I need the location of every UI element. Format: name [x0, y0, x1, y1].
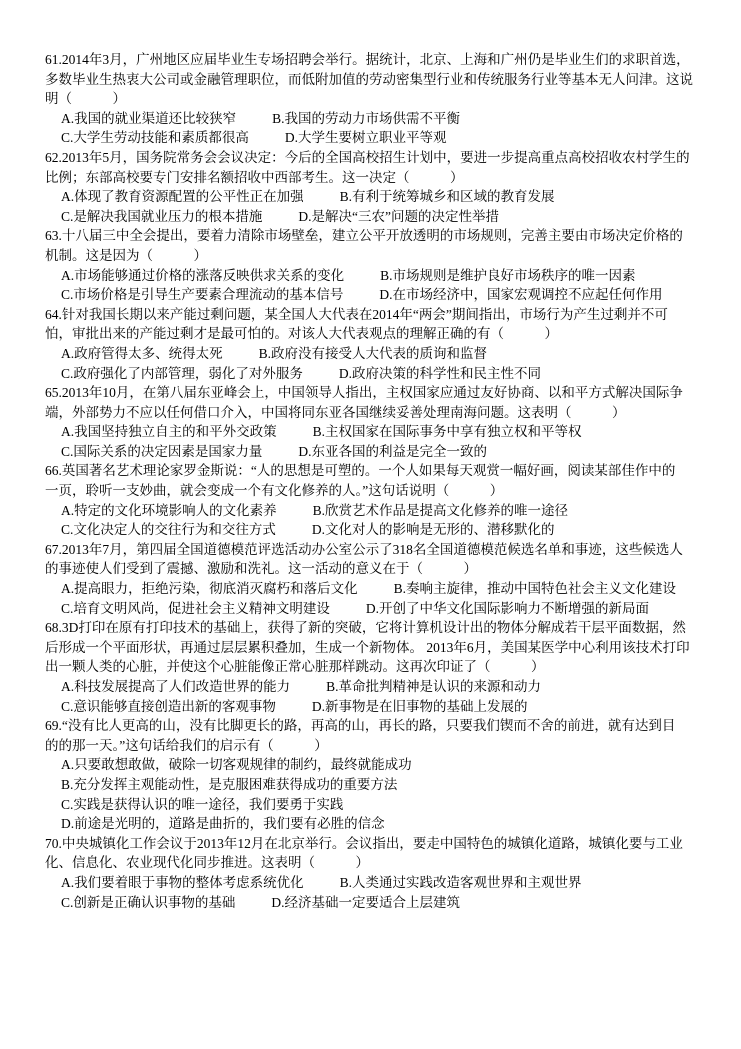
question-options: A.我们要着眼于事物的整体考虑系统优化B.人类通过实践改造客观世界和主观世界C.… [45, 873, 717, 912]
question-61-option-D: D.大学生要树立职业平等观 [285, 128, 447, 148]
question-67-option-D: D.开创了中华文化国际影响力不断增强的新局面 [366, 599, 649, 619]
exam-document-page: 61.2014年3月，广州地区应届毕业生专场招聘会举行。据统计，北京、上海和广州… [0, 0, 741, 1049]
question-66-stem-line: 一页，聆听一支妙曲，就会变成一个有文化修养的人。”这句话说明（ ） [45, 481, 717, 501]
question-63-option-B: B.市场规则是维护良好市场秩序的唯一因素 [380, 266, 635, 286]
question-68-stem-line: 出一颗人类的心脏，并使这个心脏能像正常心脏那样跳动。这再次印证了（ ） [45, 657, 717, 677]
option-row: A.市场能够通过价格的涨落反映供求关系的变化B.市场规则是维护良好市场秩序的唯一… [61, 266, 717, 286]
question-stem: 70.中央城镇化工作会议于2013年12月在北京举行。会议指出，要走中国特色的城… [45, 834, 717, 873]
question-61-stem-line: 多数毕业生热衷大公司或金融管理职位，而低附加值的劳动密集型行业和传统服务行业等基… [45, 70, 717, 90]
question-68: 68.3D打印在原有打印技术的基础上，获得了新的突破，它将计算机设计出的物体分解… [45, 618, 717, 716]
question-66-stem-line: 66.英国著名艺术理论家罗金斯说：“人的思想是可塑的。一个人如果每天观赏一幅好画… [45, 461, 717, 481]
question-stem: 65.2013年10月，在第八届东亚峰会上，中国领导人指出，主权国家应通过友好协… [45, 383, 717, 422]
option-row: C.国际关系的决定因素是国家力量D.东亚各国的利益是完全一致的 [61, 442, 717, 462]
question-61-stem-line: 61.2014年3月，广州地区应届毕业生专场招聘会举行。据统计，北京、上海和广州… [45, 50, 717, 70]
question-65-option-D: D.东亚各国的利益是完全一致的 [298, 442, 487, 462]
question-68-option-D: D.新事物是在旧事物的基础上发展的 [312, 697, 528, 717]
question-64-option-C: C.政府强化了内部管理，弱化了对外服务 [61, 364, 303, 384]
question-stem: 66.英国著名艺术理论家罗金斯说：“人的思想是可塑的。一个人如果每天观赏一幅好画… [45, 461, 717, 500]
question-62-stem-line: 62.2013年5月，国务院常务会会议决定：今后的全国高校招生计划中，要进一步提… [45, 148, 717, 168]
question-68-option-C: C.意识能够直接创造出新的客观事物 [61, 697, 276, 717]
option-row: A.科技发展提高了人们改造世界的能力B.革命批判精神是认识的来源和动力 [61, 677, 717, 697]
option-row: C.实践是获得认识的唯一途径，我们要勇于实践 [61, 795, 717, 815]
question-61-stem-line: 明（ ） [45, 89, 717, 109]
question-options: A.只要敢想敢做，破除一切客观规律的制约，最终就能成功B.充分发挥主观能动性，是… [45, 755, 717, 833]
question-options: A.科技发展提高了人们改造世界的能力B.革命批判精神是认识的来源和动力C.意识能… [45, 677, 717, 716]
question-62-option-D: D.是解决“三农”问题的决定性举措 [298, 207, 499, 227]
question-stem: 63.十八届三中全会提出，要着力清除市场壁垒，建立公平开放透明的市场规则，完善主… [45, 226, 717, 265]
question-66-option-D: D.文化对人的影响是无形的、潜移默化的 [312, 520, 555, 540]
option-row: C.意识能够直接创造出新的客观事物D.新事物是在旧事物的基础上发展的 [61, 697, 717, 717]
option-row: A.提高眼力，拒绝污染，彻底消灭腐朽和落后文化B.奏响主旋律，推动中国特色社会主… [61, 579, 717, 599]
option-row: A.只要敢想敢做，破除一切客观规律的制约，最终就能成功 [61, 755, 717, 775]
question-stem: 61.2014年3月，广州地区应届毕业生专场招聘会举行。据统计，北京、上海和广州… [45, 50, 717, 109]
question-67-option-C: C.培育文明风尚，促进社会主义精神文明建设 [61, 599, 330, 619]
question-66: 66.英国著名艺术理论家罗金斯说：“人的思想是可塑的。一个人如果每天观赏一幅好画… [45, 461, 717, 539]
question-61-option-B: B.我国的劳动力市场供需不平衡 [272, 109, 460, 129]
question-69-option-C: C.实践是获得认识的唯一途径，我们要勇于实践 [61, 795, 343, 815]
question-64-stem-line: 64.针对我国长期以来产能过剩问题，某全国人大代表在2014年“两会”期间指出，… [45, 305, 717, 325]
question-67-stem-line: 67.2013年7月，第四届全国道德模范评选活动办公室公示了318名全国道德模范… [45, 540, 717, 560]
questions-list: 61.2014年3月，广州地区应届毕业生专场招聘会举行。据统计，北京、上海和广州… [45, 50, 717, 912]
question-63-option-C: C.市场价格是引导生产要素合理流动的基本信号 [61, 285, 343, 305]
question-69: 69.“没有比人更高的山，没有比脚更长的路，再高的山，再长的路，只要我们锲而不舍… [45, 716, 717, 834]
question-64: 64.针对我国长期以来产能过剩问题，某全国人大代表在2014年“两会”期间指出，… [45, 305, 717, 383]
question-stem: 68.3D打印在原有打印技术的基础上，获得了新的突破，它将计算机设计出的物体分解… [45, 618, 717, 677]
question-67-stem-line: 的事迹使人们受到了震撼、激励和洗礼。这一活动的意义在于（ ） [45, 559, 717, 579]
question-68-option-A: A.科技发展提高了人们改造世界的能力 [61, 677, 290, 697]
question-69-stem-line: 69.“没有比人更高的山，没有比脚更长的路，再高的山，再长的路，只要我们锲而不舍… [45, 716, 717, 736]
question-69-stem-line: 的的那一天。”这句话给我们的启示有（ ） [45, 736, 717, 756]
option-row: A.特定的文化环境影响人的文化素养B.欣赏艺术作品是提高文化修养的唯一途径 [61, 501, 717, 521]
question-62-option-B: B.有利于统筹城乡和区域的教育发展 [340, 187, 555, 207]
question-options: A.提高眼力，拒绝污染，彻底消灭腐朽和落后文化B.奏响主旋律，推动中国特色社会主… [45, 579, 717, 618]
question-64-option-A: A.政府管得太多、统得太死 [61, 344, 223, 364]
question-69-option-B: B.充分发挥主观能动性，是克服困难获得成功的重要方法 [61, 775, 397, 795]
question-66-option-C: C.文化决定人的交往行为和交往方式 [61, 520, 276, 540]
question-62-stem-line: 比例；东部高校要专门安排名额招收中西部考生。这一决定（ ） [45, 168, 717, 188]
question-stem: 64.针对我国长期以来产能过剩问题，某全国人大代表在2014年“两会”期间指出，… [45, 305, 717, 344]
option-row: C.是解决我国就业压力的根本措施D.是解决“三农”问题的决定性举措 [61, 207, 717, 227]
option-row: A.我国的就业渠道还比较狭窄B.我国的劳动力市场供需不平衡 [61, 109, 717, 129]
question-67-option-B: B.奏响主旋律，推动中国特色社会主义文化建设 [394, 579, 676, 599]
question-stem: 67.2013年7月，第四届全国道德模范评选活动办公室公示了318名全国道德模范… [45, 540, 717, 579]
question-69-option-A: A.只要敢想敢做，破除一切客观规律的制约，最终就能成功 [61, 755, 412, 775]
question-61-option-C: C.大学生劳动技能和素质都很高 [61, 128, 249, 148]
question-69-option-D: D.前途是光明的，道路是曲折的，我们要有必胜的信念 [61, 814, 385, 834]
question-options: A.体现了教育资源配置的公平性正在加强B.有利于统筹城乡和区域的教育发展C.是解… [45, 187, 717, 226]
question-63-option-A: A.市场能够通过价格的涨落反映供求关系的变化 [61, 266, 344, 286]
question-61-option-A: A.我国的就业渠道还比较狭窄 [61, 109, 236, 129]
question-64-option-D: D.政府决策的科学性和民主性不同 [339, 364, 541, 384]
question-stem: 69.“没有比人更高的山，没有比脚更长的路，再高的山，再长的路，只要我们锲而不舍… [45, 716, 717, 755]
question-70-option-D: D.经济基础一定要适合上层建筑 [271, 893, 460, 913]
question-70-option-C: C.创新是正确认识事物的基础 [61, 893, 235, 913]
option-row: A.我国坚持独立自主的和平外交政策B.主权国家在国际事务中享有独立权和平等权 [61, 422, 717, 442]
question-65-option-A: A.我国坚持独立自主的和平外交政策 [61, 422, 277, 442]
question-options: A.我国坚持独立自主的和平外交政策B.主权国家在国际事务中享有独立权和平等权C.… [45, 422, 717, 461]
question-70-stem-line: 化、信息化、农业现代化同步推进。这表明（ ） [45, 853, 717, 873]
question-63-stem-line: 机制。这是因为（ ） [45, 246, 717, 266]
option-row: D.前途是光明的，道路是曲折的，我们要有必胜的信念 [61, 814, 717, 834]
option-row: A.体现了教育资源配置的公平性正在加强B.有利于统筹城乡和区域的教育发展 [61, 187, 717, 207]
question-61: 61.2014年3月，广州地区应届毕业生专场招聘会举行。据统计，北京、上海和广州… [45, 50, 717, 148]
question-64-option-B: B.政府没有接受人大代表的质询和监督 [259, 344, 487, 364]
question-65-stem-line: 65.2013年10月，在第八届东亚峰会上，中国领导人指出，主权国家应通过友好协… [45, 383, 717, 403]
question-62-option-C: C.是解决我国就业压力的根本措施 [61, 207, 262, 227]
option-row: C.政府强化了内部管理，弱化了对外服务D.政府决策的科学性和民主性不同 [61, 364, 717, 384]
option-row: C.培育文明风尚，促进社会主义精神文明建设D.开创了中华文化国际影响力不断增强的… [61, 599, 717, 619]
question-66-option-B: B.欣赏艺术作品是提高文化修养的唯一途径 [313, 501, 568, 521]
question-options: A.市场能够通过价格的涨落反映供求关系的变化B.市场规则是维护良好市场秩序的唯一… [45, 266, 717, 305]
question-70-option-A: A.我们要着眼于事物的整体考虑系统优化 [61, 873, 304, 893]
question-63: 63.十八届三中全会提出，要着力清除市场壁垒，建立公平开放透明的市场规则，完善主… [45, 226, 717, 304]
question-63-stem-line: 63.十八届三中全会提出，要着力清除市场壁垒，建立公平开放透明的市场规则，完善主… [45, 226, 717, 246]
option-row: B.充分发挥主观能动性，是克服困难获得成功的重要方法 [61, 775, 717, 795]
question-65: 65.2013年10月，在第八届东亚峰会上，中国领导人指出，主权国家应通过友好协… [45, 383, 717, 461]
question-67-option-A: A.提高眼力，拒绝污染，彻底消灭腐朽和落后文化 [61, 579, 358, 599]
option-row: C.市场价格是引导生产要素合理流动的基本信号D.在市场经济中，国家宏观调控不应起… [61, 285, 717, 305]
question-67: 67.2013年7月，第四届全国道德模范评选活动办公室公示了318名全国道德模范… [45, 540, 717, 618]
question-70: 70.中央城镇化工作会议于2013年12月在北京举行。会议指出，要走中国特色的城… [45, 834, 717, 912]
option-row: A.我们要着眼于事物的整体考虑系统优化B.人类通过实践改造客观世界和主观世界 [61, 873, 717, 893]
option-row: C.创新是正确认识事物的基础D.经济基础一定要适合上层建筑 [61, 893, 717, 913]
question-62-option-A: A.体现了教育资源配置的公平性正在加强 [61, 187, 304, 207]
option-row: A.政府管得太多、统得太死B.政府没有接受人大代表的质询和监督 [61, 344, 717, 364]
option-row: C.文化决定人的交往行为和交往方式D.文化对人的影响是无形的、潜移默化的 [61, 520, 717, 540]
question-68-stem-line: 后形成一个平面形状，再通过层层累积叠加，生成一个新物体。 2013年6月，美国某… [45, 638, 717, 658]
question-64-stem-line: 怕，审批出来的产能过剩才是最可怕的。对该人大代表观点的理解正确的有（ ） [45, 324, 717, 344]
question-62: 62.2013年5月，国务院常务会会议决定：今后的全国高校招生计划中，要进一步提… [45, 148, 717, 226]
question-options: A.特定的文化环境影响人的文化素养B.欣赏艺术作品是提高文化修养的唯一途径C.文… [45, 501, 717, 540]
question-65-option-B: B.主权国家在国际事务中享有独立权和平等权 [313, 422, 582, 442]
question-70-option-B: B.人类通过实践改造客观世界和主观世界 [340, 873, 582, 893]
question-options: A.我国的就业渠道还比较狭窄B.我国的劳动力市场供需不平衡C.大学生劳动技能和素… [45, 109, 717, 148]
question-66-option-A: A.特定的文化环境影响人的文化素养 [61, 501, 277, 521]
question-70-stem-line: 70.中央城镇化工作会议于2013年12月在北京举行。会议指出，要走中国特色的城… [45, 834, 717, 854]
question-stem: 62.2013年5月，国务院常务会会议决定：今后的全国高校招生计划中，要进一步提… [45, 148, 717, 187]
question-68-stem-line: 68.3D打印在原有打印技术的基础上，获得了新的突破，它将计算机设计出的物体分解… [45, 618, 717, 638]
question-65-stem-line: 端，外部势力不应以任何借口介入，中国将同东亚各国继续妥善处理南海问题。这表明（ … [45, 403, 717, 423]
option-row: C.大学生劳动技能和素质都很高D.大学生要树立职业平等观 [61, 128, 717, 148]
question-options: A.政府管得太多、统得太死B.政府没有接受人大代表的质询和监督C.政府强化了内部… [45, 344, 717, 383]
question-63-option-D: D.在市场经济中，国家宏观调控不应起任何作用 [379, 285, 662, 305]
question-68-option-B: B.革命批判精神是认识的来源和动力 [326, 677, 541, 697]
question-65-option-C: C.国际关系的决定因素是国家力量 [61, 442, 262, 462]
